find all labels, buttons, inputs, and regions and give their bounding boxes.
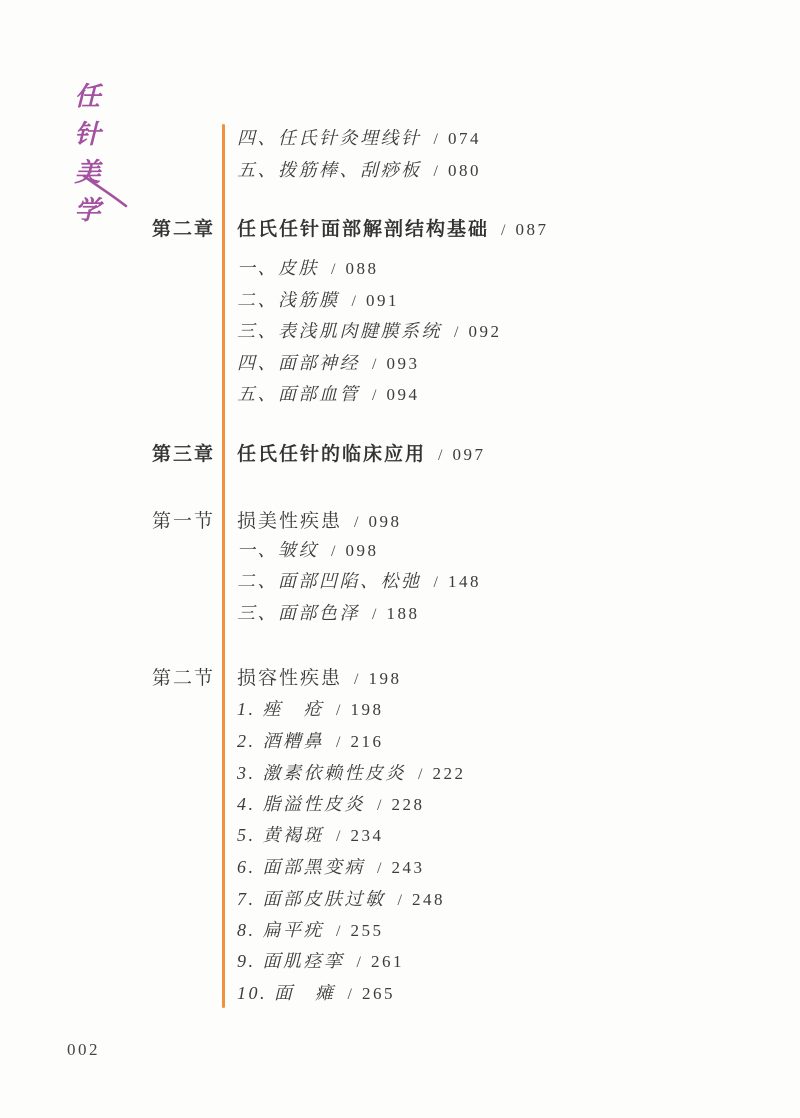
entry-title: 7. 面部皮肤过敏 [237,885,386,911]
toc-row: 二、面部凹陷、松弛/148 [0,564,800,596]
entry-title: 四、任氏针灸埋线针 [237,124,422,150]
separator-slash: / [354,671,358,689]
entry-page-number: 228 [391,795,424,815]
entry-title: 8. 扁平疣 [237,916,324,942]
separator-slash: / [331,261,335,279]
toc-row-body: 损容性疾患/198 [237,663,401,690]
separator-slash: / [438,447,442,465]
toc-row-body: 三、表浅肌肉腱膜系统/092 [237,317,501,343]
entry-page-number: 198 [350,700,383,720]
toc-row: 9. 面肌痉挛/261 [0,944,800,976]
entry-page-number: 097 [452,445,485,465]
separator-slash: / [434,163,438,181]
separator-slash: / [434,131,438,149]
separator-slash: / [336,734,340,752]
page-number: 002 [67,1040,100,1060]
toc-row-body: 五、面部血管/094 [237,380,419,406]
toc-row-body: 四、任氏针灸埋线针/074 [237,124,481,150]
entry-page-number: 261 [371,952,404,972]
entry-page-number: 088 [345,259,378,279]
entry-title: 四、面部神经 [237,349,360,375]
toc-row-body: 2. 酒糟鼻/216 [237,727,383,753]
toc-row-body: 一、皱纹/098 [237,536,378,562]
separator-slash: / [398,892,402,910]
entry-title: 二、浅筋膜 [237,286,340,312]
toc-row-body: 5. 黄褐斑/234 [237,821,383,847]
toc-row-body: 任氏任针面部解剖结构基础/087 [237,214,548,241]
toc-row: 5. 黄褐斑/234 [0,818,800,850]
separator-slash: / [336,923,340,941]
entry-page-number: 234 [350,826,383,846]
toc-row: 一、皮肤/088 [0,251,800,283]
entry-page-number: 222 [432,764,465,784]
separator-slash: / [418,766,422,784]
toc-row-body: 二、浅筋膜/091 [237,286,399,312]
toc-row: 8. 扁平疣/255 [0,913,800,945]
toc-row: 10. 面 瘫/265 [0,976,800,1008]
heading-label: 第一节 [0,506,215,533]
toc-row-body: 10. 面 瘫/265 [237,979,395,1005]
entry-page-number: 098 [368,512,401,532]
toc-row-body: 6. 面部黑变病/243 [237,853,424,879]
entry-title: 三、面部色泽 [237,599,360,625]
toc-row: 4. 脂溢性皮炎/228 [0,787,800,819]
entry-page-number: 148 [448,572,481,592]
toc-row: 一、皱纹/098 [0,533,800,565]
toc-row: 6. 面部黑变病/243 [0,850,800,882]
entry-title: 五、面部血管 [237,380,360,406]
toc-row: 7. 面部皮肤过敏/248 [0,882,800,914]
entry-title: 五、拨筋棒、刮痧板 [237,156,422,182]
separator-slash: / [372,356,376,374]
entry-title: 一、皮肤 [237,254,319,280]
separator-slash: / [336,828,340,846]
toc-row-body: 3. 激素依赖性皮炎/222 [237,759,465,785]
toc-row-body: 五、拨筋棒、刮痧板/080 [237,156,481,182]
entry-title: 6. 面部黑变病 [237,853,365,879]
toc-row: 五、拨筋棒、刮痧板/080 [0,153,800,185]
toc-row-body: 二、面部凹陷、松弛/148 [237,567,481,593]
entry-title: 任氏任针的临床应用 [237,439,426,466]
separator-slash: / [354,514,358,532]
entry-title: 4. 脂溢性皮炎 [237,790,365,816]
toc-row: 三、面部色泽/188 [0,596,800,628]
toc-row: 1. 痤 疮/198 [0,692,800,724]
toc-row-body: 9. 面肌痉挛/261 [237,947,404,973]
entry-title: 损美性疾患 [237,506,342,533]
entry-page-number: 094 [386,385,419,405]
entry-title: 一、皱纹 [237,536,319,562]
toc-row: 五、面部血管/094 [0,377,800,409]
toc-row-body: 4. 脂溢性皮炎/228 [237,790,424,816]
toc-row-body: 1. 痤 疮/198 [237,695,383,721]
separator-slash: / [434,574,438,592]
entry-title: 三、表浅肌肉腱膜系统 [237,317,442,343]
entry-title: 3. 激素依赖性皮炎 [237,759,406,785]
toc-row-body: 损美性疾患/098 [237,506,401,533]
entry-title: 1. 痤 疮 [237,695,324,721]
heading-label: 第二章 [0,214,215,241]
separator-slash: / [372,606,376,624]
toc-row-body: 四、面部神经/093 [237,349,419,375]
separator-slash: / [331,543,335,561]
entry-title: 5. 黄褐斑 [237,821,324,847]
entry-title: 任氏任针面部解剖结构基础 [237,214,489,241]
entry-page-number: 248 [412,890,445,910]
toc-row: 二、浅筋膜/091 [0,283,800,315]
entry-page-number: 091 [366,291,399,311]
toc-row: 第二章任氏任针面部解剖结构基础/087 [0,211,800,243]
toc-row: 3. 激素依赖性皮炎/222 [0,756,800,788]
entry-title: 9. 面肌痉挛 [237,947,345,973]
entry-page-number: 243 [391,858,424,878]
entry-title: 损容性疾患 [237,663,342,690]
entry-title: 2. 酒糟鼻 [237,727,324,753]
toc-row: 四、面部神经/093 [0,346,800,378]
toc-row: 三、表浅肌肉腱膜系统/092 [0,314,800,346]
toc-row-body: 三、面部色泽/188 [237,599,419,625]
toc-row-body: 任氏任针的临床应用/097 [237,439,485,466]
entry-title: 二、面部凹陷、松弛 [237,567,422,593]
entry-page-number: 087 [515,220,548,240]
entry-page-number: 093 [386,354,419,374]
entry-page-number: 074 [448,129,481,149]
separator-slash: / [377,797,381,815]
entry-page-number: 080 [448,161,481,181]
separator-slash: / [377,860,381,878]
toc-row: 第三章任氏任针的临床应用/097 [0,436,800,468]
toc-row-body: 一、皮肤/088 [237,254,378,280]
separator-slash: / [352,293,356,311]
separator-slash: / [357,954,361,972]
toc-row: 第一节损美性疾患/098 [0,503,800,535]
heading-label: 第二节 [0,663,215,690]
entry-page-number: 255 [350,921,383,941]
entry-page-number: 216 [350,732,383,752]
entry-page-number: 198 [368,669,401,689]
entry-title: 10. 面 瘫 [237,979,336,1005]
separator-slash: / [336,702,340,720]
toc-row: 第二节损容性疾患/198 [0,660,800,692]
entry-page-number: 265 [362,984,395,1004]
toc-list: 四、任氏针灸埋线针/074五、拨筋棒、刮痧板/080第二章任氏任针面部解剖结构基… [0,0,800,1118]
toc-row: 2. 酒糟鼻/216 [0,724,800,756]
separator-slash: / [372,387,376,405]
heading-label: 第三章 [0,439,215,466]
entry-page-number: 092 [468,322,501,342]
toc-row-body: 8. 扁平疣/255 [237,916,383,942]
separator-slash: / [501,222,505,240]
toc-row: 四、任氏针灸埋线针/074 [0,121,800,153]
separator-slash: / [454,324,458,342]
toc-page: 任针美学 四、任氏针灸埋线针/074五、拨筋棒、刮痧板/080第二章任氏任针面部… [0,0,800,1118]
toc-row-body: 7. 面部皮肤过敏/248 [237,885,445,911]
entry-page-number: 098 [345,541,378,561]
separator-slash: / [348,986,352,1004]
entry-page-number: 188 [386,604,419,624]
